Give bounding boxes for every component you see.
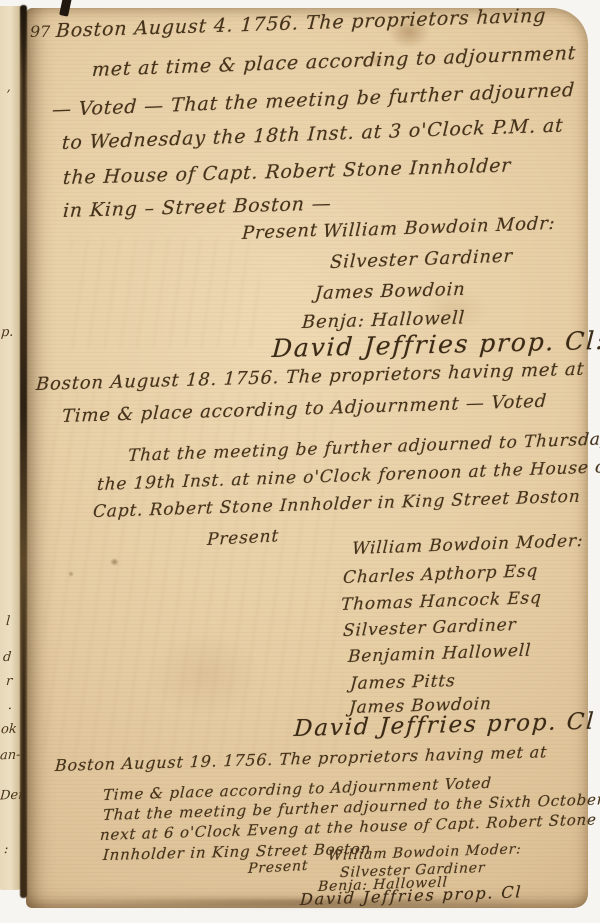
entry2-present-label: Present [207, 526, 280, 550]
page-number: 97 [30, 22, 50, 41]
margin-ink-fragment: : [3, 842, 8, 857]
entry1-present-label: Present [242, 220, 319, 244]
margin-ink-fragment: l [5, 614, 10, 629]
margin-ink-fragment: d [2, 650, 11, 665]
entry3-present-label: Present [248, 858, 309, 877]
margin-ink-fragment: ’ [5, 88, 10, 103]
manuscript-scan: ’ p. l d r . ok an- Der. : 97 Boston Aug… [0, 0, 600, 923]
margin-ink-fragment: ok [0, 722, 17, 738]
margin-ink-fragment: an- [0, 748, 21, 764]
margin-ink-fragment: p. [0, 325, 14, 340]
entry2-attendee: James Pitts [349, 671, 456, 694]
entry1-attendee: James Bowdoin [314, 279, 466, 304]
margin-ink-fragment: r [5, 674, 12, 689]
margin-ink-fragment: . [7, 698, 12, 713]
page-edge-shadow [34, 899, 574, 910]
binding-gutter [20, 5, 27, 898]
